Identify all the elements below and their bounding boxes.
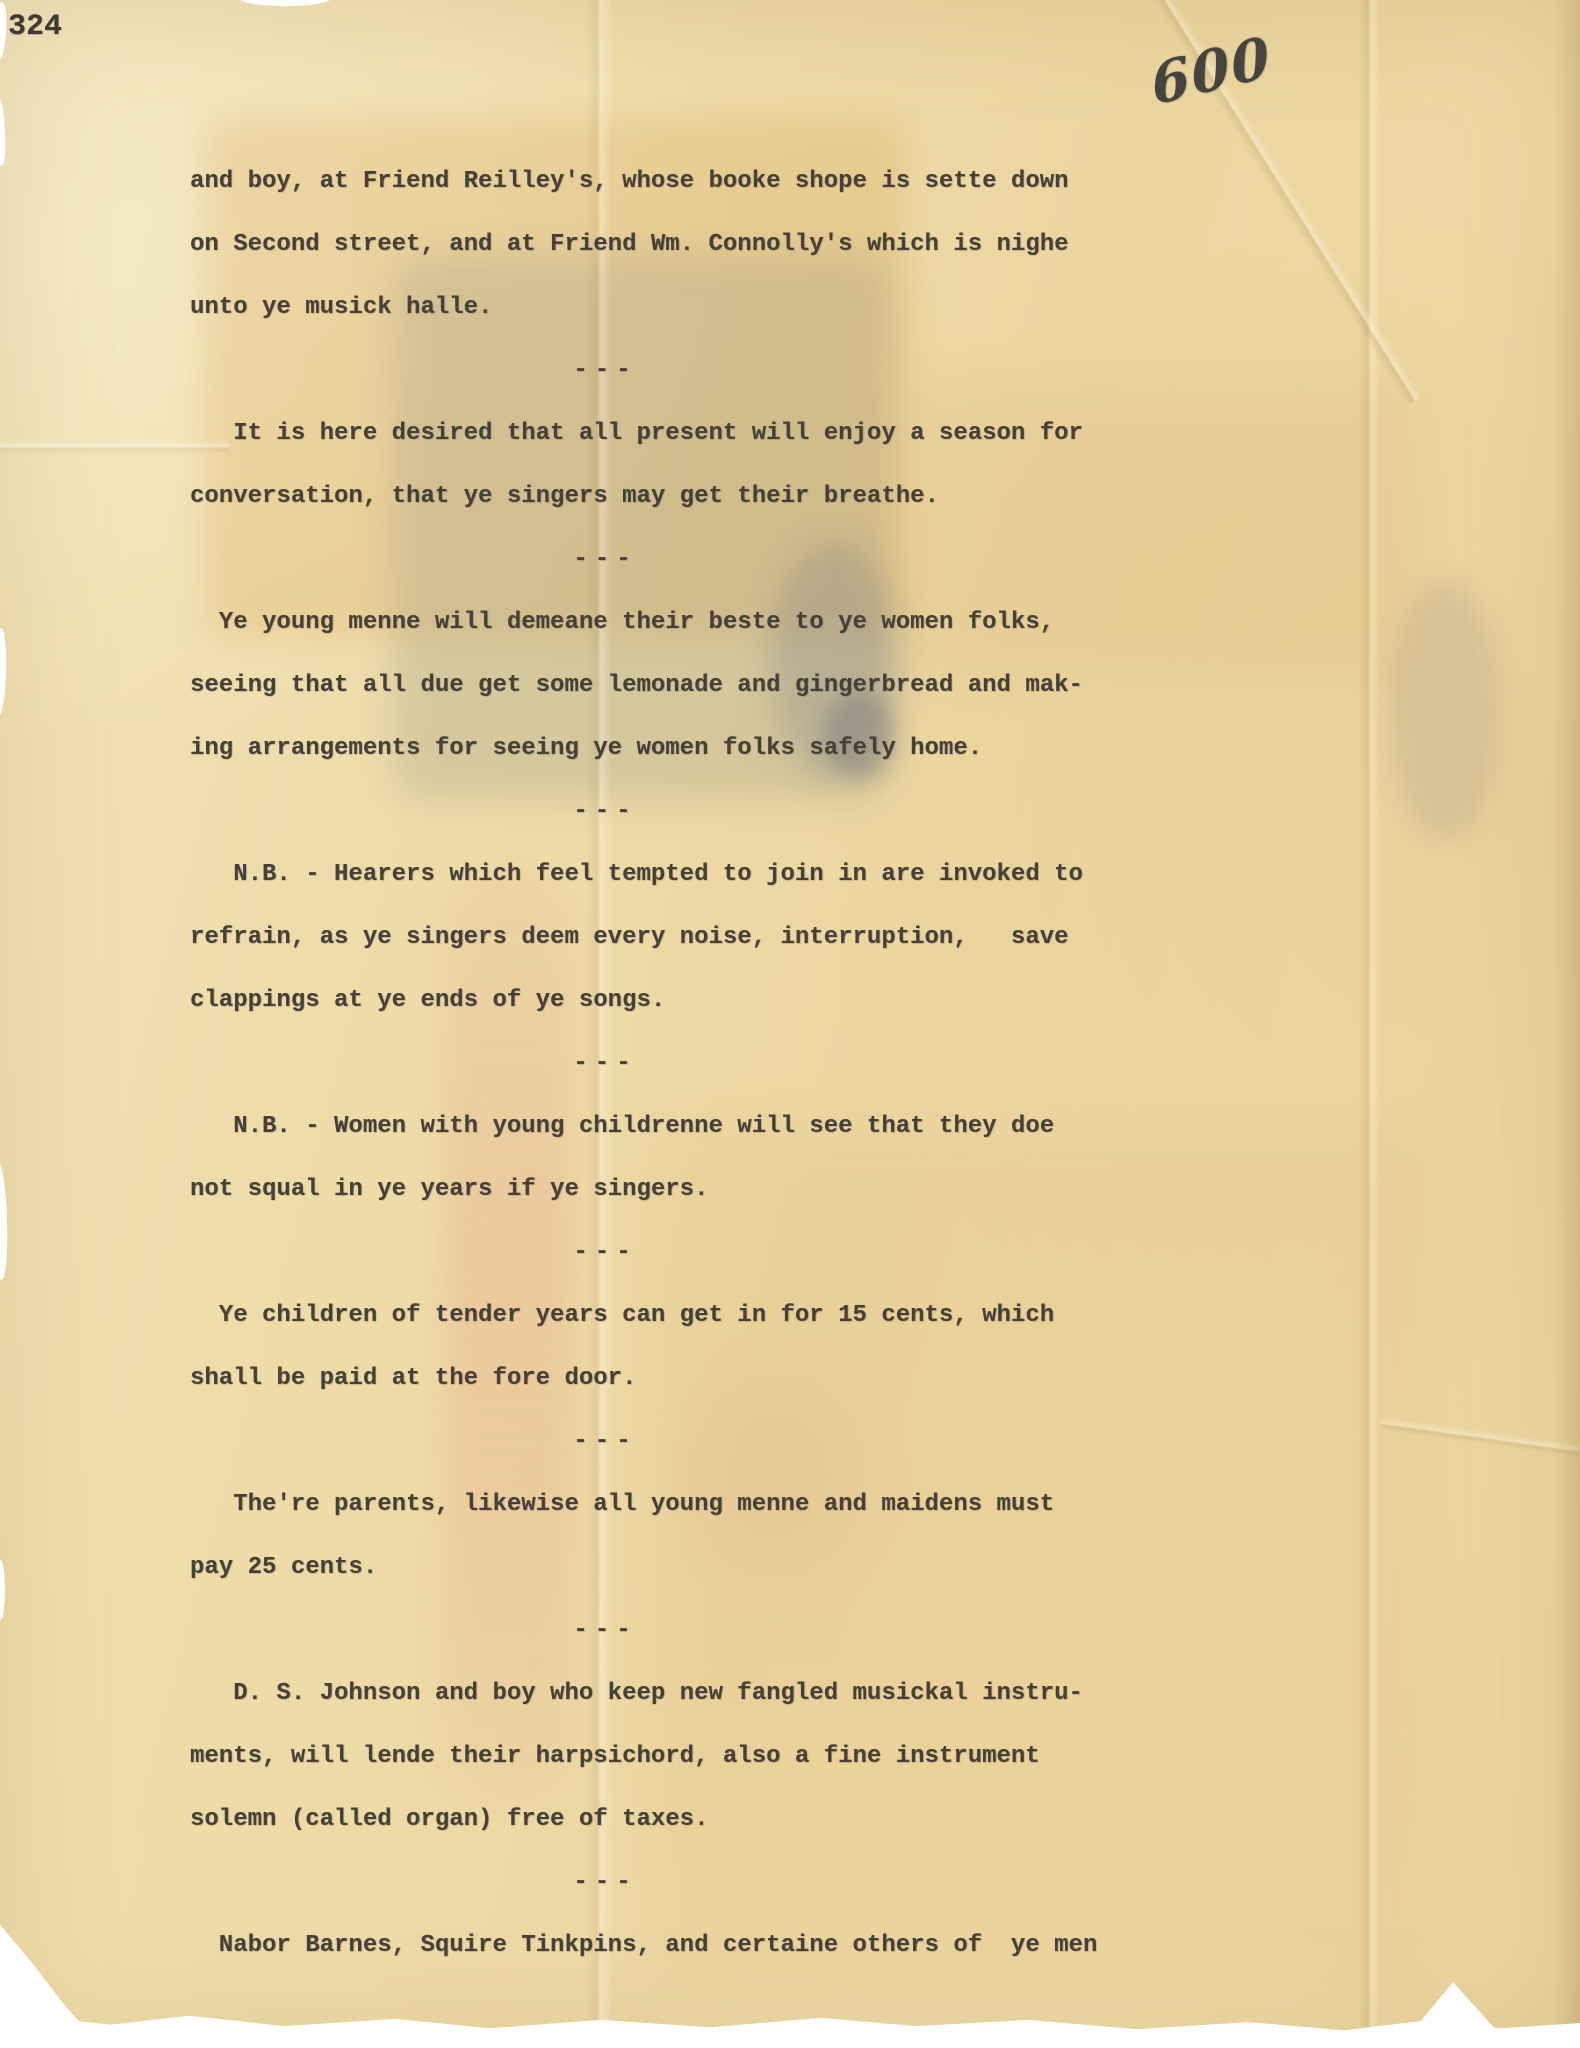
- text-line: Ye young menne will demeane their beste …: [190, 591, 1105, 654]
- section-divider: ---: [148, 1851, 1063, 1914]
- section-divider: ---: [148, 1221, 1063, 1284]
- text-line: ments, will lende their harpsichord, als…: [190, 1725, 1105, 1788]
- scanned-document: 324 600 and boy, at Friend Reilley's, wh…: [0, 0, 1580, 2048]
- text-line: Ye children of tender years can get in f…: [190, 1284, 1105, 1347]
- text-line: D. S. Johnson and boy who keep new fangl…: [190, 1662, 1105, 1725]
- section-divider: ---: [148, 528, 1063, 591]
- text-line: It is here desired that all present will…: [190, 402, 1105, 465]
- text-line: refrain, as ye singers deem every noise,…: [190, 906, 1105, 969]
- paragraph: and boy, at Friend Reilley's, whose book…: [190, 150, 1105, 339]
- paragraph: Ye young menne will demeane their beste …: [190, 591, 1105, 780]
- paragraph: N.B. - Women with young childrenne will …: [190, 1095, 1105, 1221]
- text-line: unto ye musick halle.: [190, 276, 1105, 339]
- paragraph: The're parents, likewise all young menne…: [190, 1473, 1105, 1599]
- paragraph: It is here desired that all present will…: [190, 402, 1105, 528]
- text-line: clappings at ye ends of ye songs.: [190, 969, 1105, 1032]
- text-line: solemn (called organ) free of taxes.: [190, 1788, 1105, 1851]
- text-line: ing arrangements for seeing ye women fol…: [190, 717, 1105, 780]
- section-divider: ---: [148, 339, 1063, 402]
- paragraph: Nabor Barnes, Squire Tinkpins, and certa…: [190, 1914, 1105, 1977]
- text-line: pay 25 cents.: [190, 1536, 1105, 1599]
- page-number: 324: [8, 10, 62, 44]
- text-line: not squal in ye years if ye singers.: [190, 1158, 1105, 1221]
- document-body: and boy, at Friend Reilley's, whose book…: [190, 150, 1105, 1977]
- text-line: conversation, that ye singers may get th…: [190, 465, 1105, 528]
- text-line: shall be paid at the fore door.: [190, 1347, 1105, 1410]
- text-line: seeing that all due get some lemonade an…: [190, 654, 1105, 717]
- paragraph: N.B. - Hearers which feel tempted to joi…: [190, 843, 1105, 1032]
- text-line: N.B. - Women with young childrenne will …: [190, 1095, 1105, 1158]
- text-line: N.B. - Hearers which feel tempted to joi…: [190, 843, 1105, 906]
- section-divider: ---: [148, 780, 1063, 843]
- text-line: The're parents, likewise all young menne…: [190, 1473, 1105, 1536]
- section-divider: ---: [148, 1032, 1063, 1095]
- text-line: and boy, at Friend Reilley's, whose book…: [190, 150, 1105, 213]
- section-divider: ---: [148, 1410, 1063, 1473]
- paper-edge-shadow: [1554, 0, 1580, 2048]
- section-divider: ---: [148, 1599, 1063, 1662]
- paragraph: D. S. Johnson and boy who keep new fangl…: [190, 1662, 1105, 1851]
- text-line: on Second street, and at Friend Wm. Conn…: [190, 213, 1105, 276]
- text-line: Nabor Barnes, Squire Tinkpins, and certa…: [190, 1914, 1105, 1977]
- paragraph: Ye children of tender years can get in f…: [190, 1284, 1105, 1410]
